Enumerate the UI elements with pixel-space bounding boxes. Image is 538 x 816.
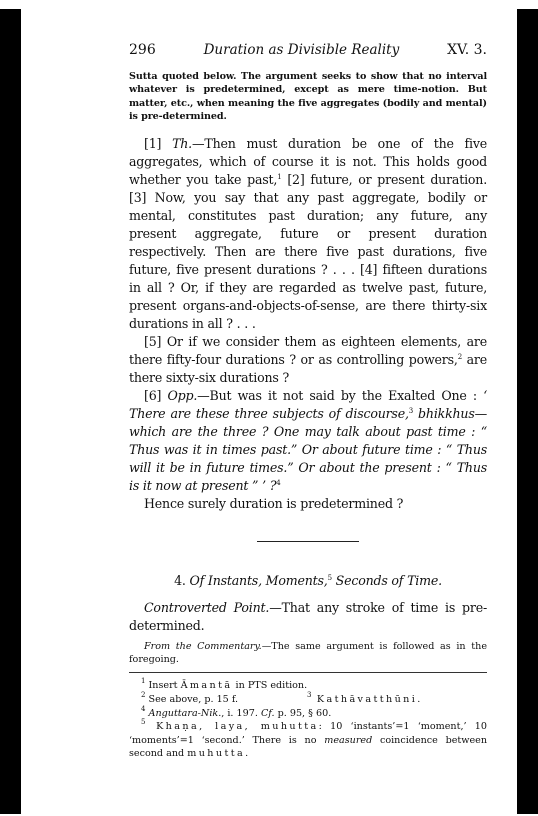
section-divider [257,541,359,542]
controverted-label: Controverted Point. [144,600,269,615]
section-heading-title: Of Instants, Moments, [190,573,328,588]
intro-paragraph: Sutta quoted below. The argument seeks t… [129,70,487,124]
footnote-ref[interactable]: 4 [276,479,280,487]
footnote-2: 2 See above, p. 15 f. [129,693,295,707]
paragraph-7: Hence surely duration is predetermined ? [129,495,487,513]
footnote-row-2-3: 2 See above, p. 15 f. 3 Kathāvatthūni. [129,693,487,707]
footnote-term: Kathāvatthūni. [311,694,422,705]
scan-border-left [0,9,21,814]
footnote-rule [129,672,487,673]
footnote-text: p. 95, § 60. [275,708,332,719]
running-title: Duration as Divisible Reality [204,42,400,58]
para-text: —But was it not said by the Exalted One … [197,388,483,403]
footnote-4: 4 Anguttara-Nik., i. 197. Cf. p. 95, § 6… [129,707,487,721]
speaker-label: Opp. [167,388,197,403]
paragraph-6: [6] Opp.—But was it not said by the Exal… [129,387,487,495]
para-marker: [1] [144,136,172,151]
footnote-source: Anguttara-Nik. [145,708,221,719]
paragraph-1: [1] Th.—Then must duration be one of the… [129,135,487,333]
section-heading-title: Seconds of Time. [332,573,442,588]
footnote-text: in PTS edition. [233,680,308,691]
footnote-text: See above, p. 15 f. [145,694,238,705]
para-marker: [6] [144,388,167,403]
footnote-5: 5 Khaṇa, laya, muhutta: 10 ‘instants’=1 … [129,720,487,761]
section-number: XV. 3. [447,42,487,58]
scan-border-right [517,9,538,814]
book-page: 296 Duration as Divisible Reality XV. 3.… [129,42,487,761]
commentary-note: From the Commentary.—The same argument i… [129,640,487,667]
footnote-text: . [245,748,248,759]
speaker-label: Th. [172,136,192,151]
footnote-text: , i. 197. [221,708,261,719]
controverted-point: Controverted Point.—That any stroke of t… [129,599,487,635]
section-heading-number: 4. [174,573,189,588]
para-text: [5] Or if we consider them as eighteen e… [129,334,487,367]
footnote-term: Khaṇa, laya, muhutta [145,721,318,732]
page-number: 296 [129,42,156,58]
section-heading: 4. Of Instants, Moments,5 Seconds of Tim… [129,572,487,590]
footnote-text: Insert [145,680,180,691]
footnotes: 1 Insert Āmantā in PTS edition. 2 See ab… [129,679,487,761]
main-text: [1] Th.—Then must duration be one of the… [129,135,487,635]
commentary-label: From the Commentary. [144,641,262,652]
footnote-term: muhutta [187,748,245,759]
footnote-3: 3 Kathāvatthūni. [295,693,423,707]
paragraph-5: [5] Or if we consider them as eighteen e… [129,333,487,387]
running-head: 296 Duration as Divisible Reality XV. 3. [129,42,487,62]
footnote-cf: Cf. [261,708,275,719]
footnote-term: Āmantā [181,680,233,691]
para-text: [2] future, or present duration. [3] Now… [129,172,487,331]
footnote-emphasis: measured [324,735,372,746]
